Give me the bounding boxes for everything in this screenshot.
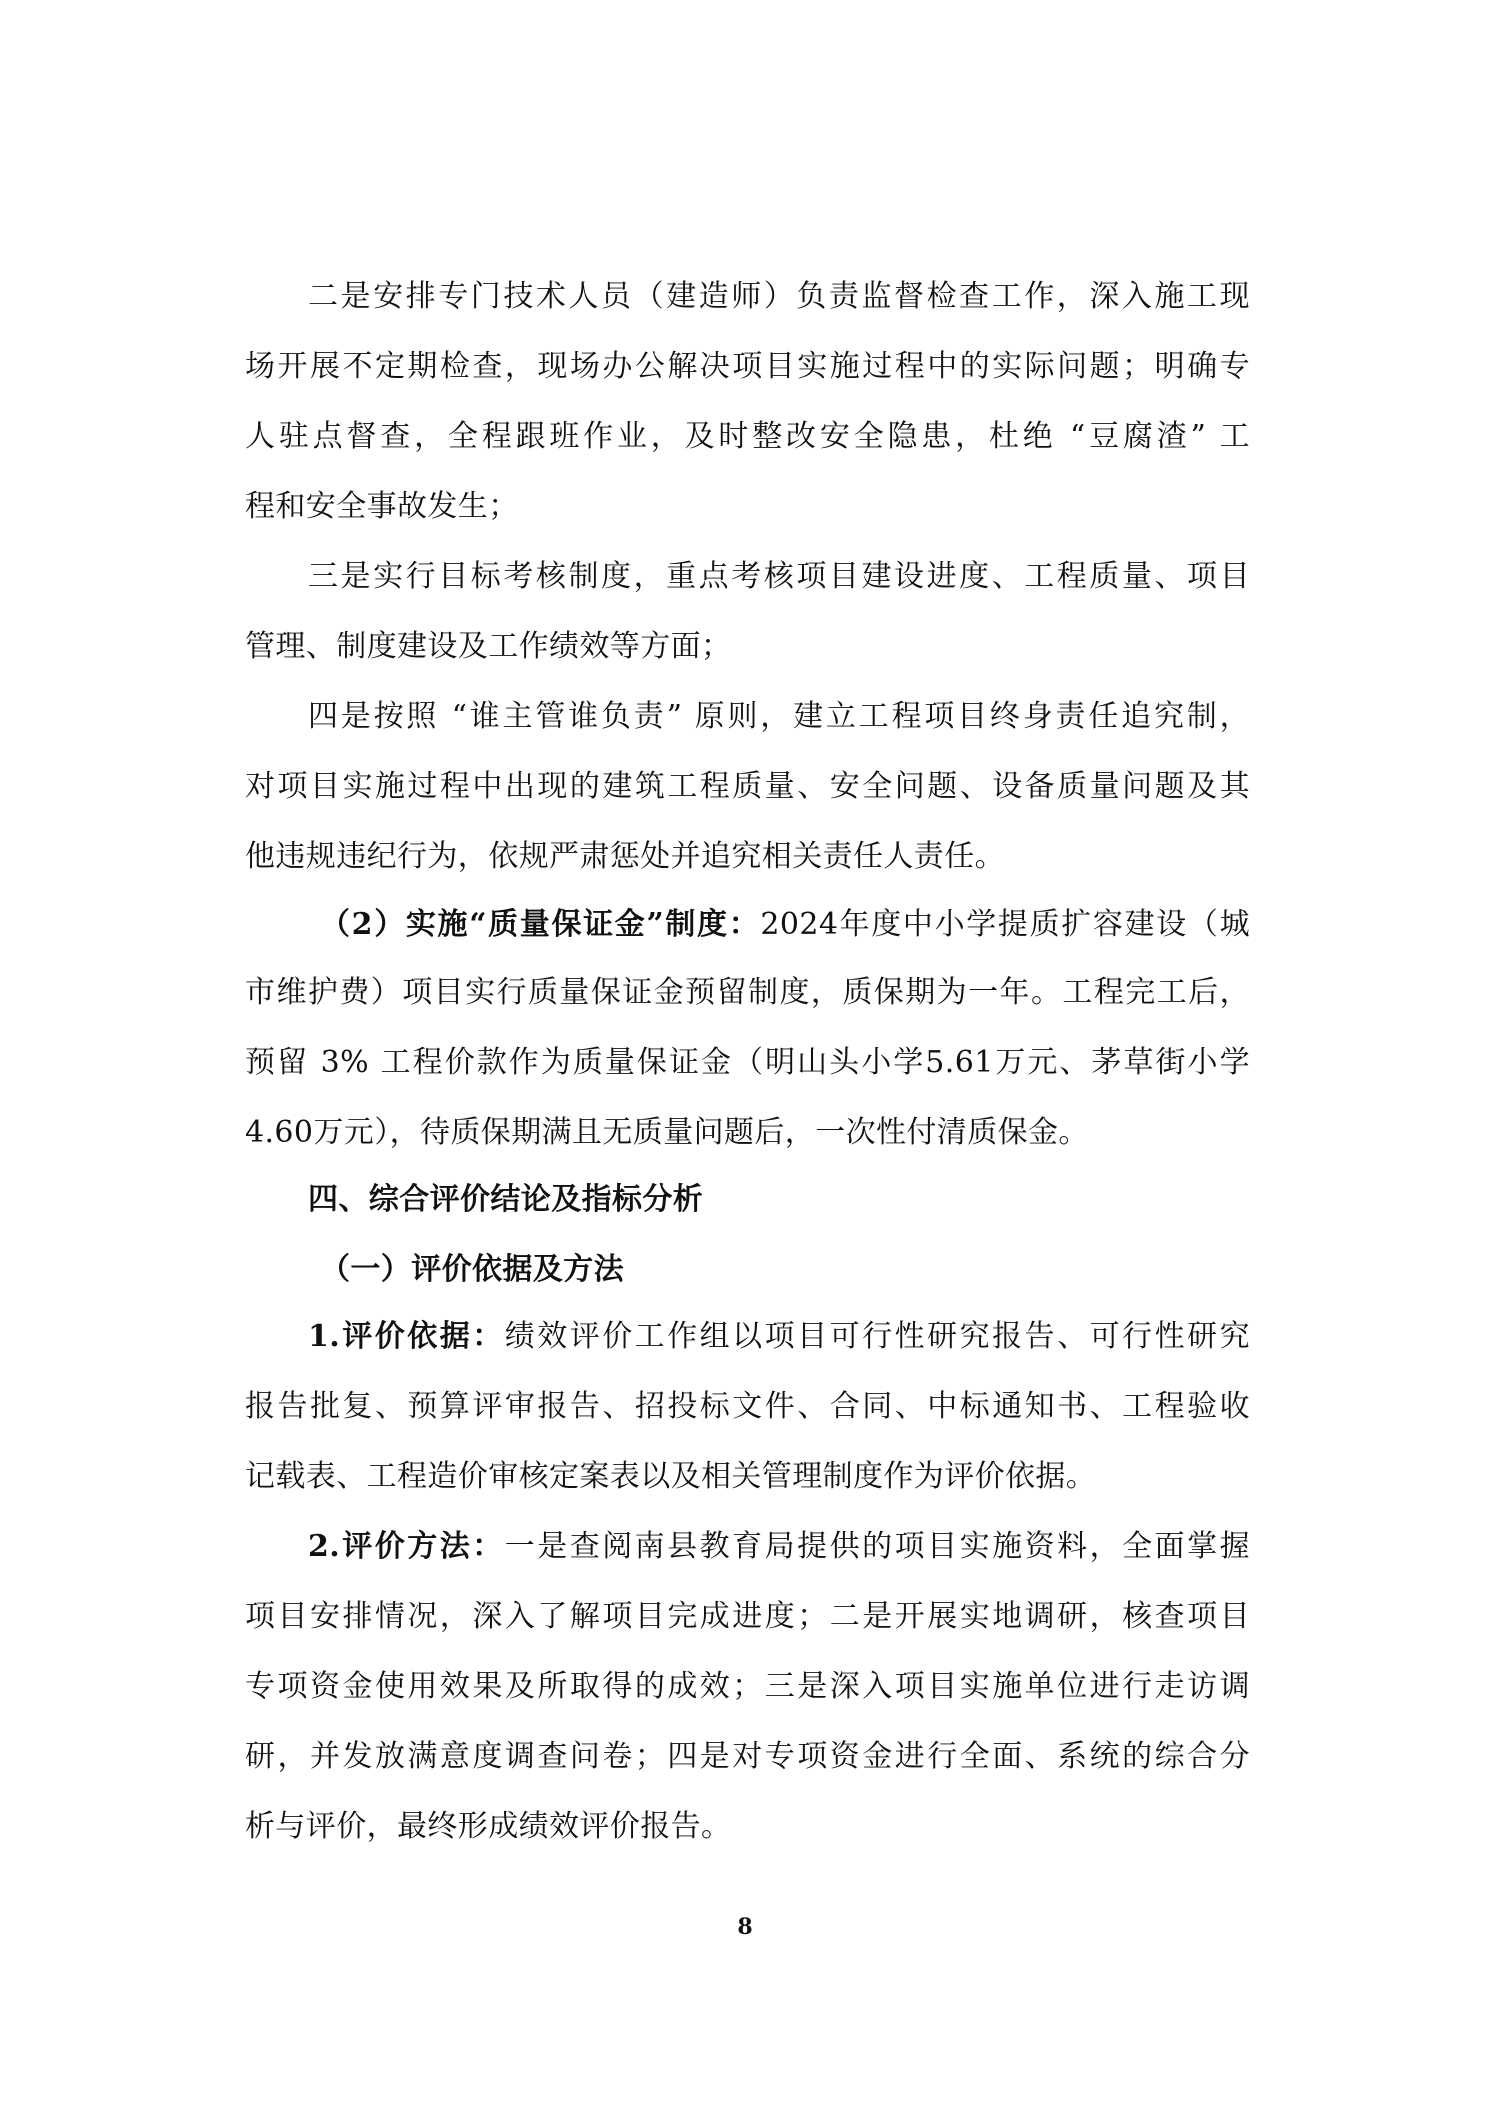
page-number: 8	[725, 1912, 765, 1942]
subsection-heading: （一）评价依据及方法	[320, 1248, 1250, 1292]
paragraph-line: 记载表、工程造价审核定案表以及相关管理制度作为评价依据。	[245, 1455, 1250, 1499]
paragraph-line: 项目安排情况，深入了解项目完成进度；二是开展实地调研，核查项目	[245, 1595, 1250, 1639]
paragraph-line: 程和安全事故发生；	[245, 485, 1250, 529]
paragraph-line: 四是按照 “谁主管谁负责” 原则，建立工程项目终身责任追究制，	[308, 695, 1250, 739]
paragraph-line: 专项资金使用效果及所取得的成效；三是深入项目实施单位进行走访调	[245, 1665, 1250, 1709]
section-heading: 四、综合评价结论及指标分析	[308, 1178, 1250, 1222]
evaluation-basis-text: 绩效评价工作组以项目可行性研究报告、可行性研究	[505, 1319, 1250, 1354]
evaluation-basis-label: 1.评价依据：	[308, 1319, 505, 1354]
paragraph-line: 他违规违纪行为，依规严肃惩处并追究相关责任人责任。	[245, 835, 1250, 879]
quality-deposit-line: （2）实施“质量保证金”制度：2024年度中小学提质扩容建设（城	[320, 903, 1250, 947]
evaluation-method-line: 2.评价方法：一是查阅南县教育局提供的项目实施资料，全面掌握	[308, 1525, 1250, 1569]
paragraph-line: 析与评价，最终形成绩效评价报告。	[245, 1805, 1250, 1849]
paragraph-line: 二是安排专门技术人员（建造师）负责监督检查工作，深入施工现	[308, 275, 1250, 319]
paragraph-line: 预留 3% 工程价款作为质量保证金（明山头小学5.61万元、茅草街小学	[245, 1041, 1250, 1085]
evaluation-method-text: 一是查阅南县教育局提供的项目实施资料，全面掌握	[505, 1529, 1250, 1564]
evaluation-basis-line: 1.评价依据：绩效评价工作组以项目可行性研究报告、可行性研究	[308, 1315, 1250, 1359]
paragraph-line: 三是实行目标考核制度，重点考核项目建设进度、工程质量、项目	[308, 555, 1250, 599]
paragraph-line: 场开展不定期检查，现场办公解决项目实施过程中的实际问题；明确专	[245, 345, 1250, 389]
paragraph-line: 4.60万元），待质保期满且无质量问题后，一次性付清质保金。	[245, 1111, 1250, 1155]
paragraph-line: 市维护费）项目实行质量保证金预留制度，质保期为一年。工程完工后，	[245, 971, 1250, 1015]
paragraph-line: 人驻点督查，全程跟班作业，及时整改安全隐患，杜绝 “豆腐渣” 工	[245, 415, 1250, 459]
paragraph-line: 报告批复、预算评审报告、招投标文件、合同、中标通知书、工程验收	[245, 1385, 1250, 1429]
paragraph-line: 研，并发放满意度调查问卷；四是对专项资金进行全面、系统的综合分	[245, 1735, 1250, 1779]
quality-deposit-label: （2）实施“质量保证金”制度：	[320, 907, 760, 942]
evaluation-method-label: 2.评价方法：	[308, 1529, 505, 1564]
document-page: 二是安排专门技术人员（建造师）负责监督检查工作，深入施工现 场开展不定期检查，现…	[0, 0, 1487, 2105]
quality-deposit-text: 2024年度中小学提质扩容建设（城	[760, 907, 1250, 942]
paragraph-line: 管理、制度建设及工作绩效等方面；	[245, 625, 1250, 669]
paragraph-line: 对项目实施过程中出现的建筑工程质量、安全问题、设备质量问题及其	[245, 765, 1250, 809]
